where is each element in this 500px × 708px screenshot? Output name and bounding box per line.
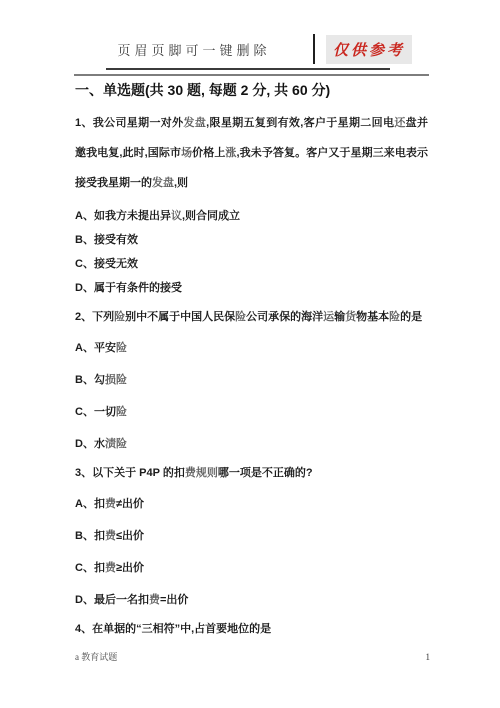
option-item: D、水渍险: [75, 434, 428, 454]
document-page: 页眉页脚可一键删除 仅供参考 一、单选题(共 30 题, 每题 2 分, 共 6…: [0, 0, 500, 708]
header-underline-short: [106, 68, 390, 70]
option-item: C、一切险: [75, 402, 428, 422]
header-divider: [313, 34, 315, 64]
option-item: A、平安险: [75, 338, 428, 358]
question-text: 3、以下关于 P4P 的扣费规则哪一项是不正确的?: [75, 458, 428, 488]
question-block: 2、下列险别中不属于中国人民保险公司承保的海洋运输货物基本险的是A、平安险B、勾…: [75, 302, 428, 454]
option-item: C、扣费≥出价: [75, 558, 428, 578]
option-item: B、勾损险: [75, 370, 428, 390]
question-block: 3、以下关于 P4P 的扣费规则哪一项是不正确的?A、扣费≠出价B、扣费≤出价C…: [75, 458, 428, 610]
option-item: A、扣费≠出价: [75, 494, 428, 514]
option-item: D、属于有条件的接受: [75, 278, 428, 298]
option-item: B、接受有效: [75, 230, 428, 250]
header-watermark-text: 页眉页脚可一键删除: [75, 40, 313, 59]
question-block: 1、我公司星期一对外发盘,限星期五复到有效,客户于星期二回电还盘并邀我电复,此时…: [75, 108, 428, 298]
option-item: B、扣费≤出价: [75, 526, 428, 546]
option-item: C、接受无效: [75, 254, 428, 274]
page-footer: a 教育试题 1: [75, 650, 430, 663]
option-item: A、如我方未提出异议,则合同成立: [75, 206, 428, 226]
question-block: 4、在单据的“三相符”中,占首要地位的是: [75, 614, 428, 644]
option-item: D、最后一名扣费=出价: [75, 590, 428, 610]
header-underline-long: [74, 74, 429, 76]
question-text: 2、下列险别中不属于中国人民保险公司承保的海洋运输货物基本险的是: [75, 302, 428, 332]
reference-badge: 仅供参考: [326, 35, 412, 64]
footer-source: a 教育试题: [75, 650, 117, 663]
page-number: 1: [426, 652, 431, 662]
question-text: 1、我公司星期一对外发盘,限星期五复到有效,客户于星期二回电还盘并邀我电复,此时…: [75, 108, 428, 198]
section-title: 一、单选题(共 30 题, 每题 2 分, 共 60 分): [75, 80, 428, 100]
page-header: 页眉页脚可一键删除 仅供参考: [75, 34, 428, 64]
question-text: 4、在单据的“三相符”中,占首要地位的是: [75, 614, 428, 644]
document-body: 一、单选题(共 30 题, 每题 2 分, 共 60 分) 1、我公司星期一对外…: [75, 80, 428, 644]
questions: 1、我公司星期一对外发盘,限星期五复到有效,客户于星期二回电还盘并邀我电复,此时…: [75, 108, 428, 644]
